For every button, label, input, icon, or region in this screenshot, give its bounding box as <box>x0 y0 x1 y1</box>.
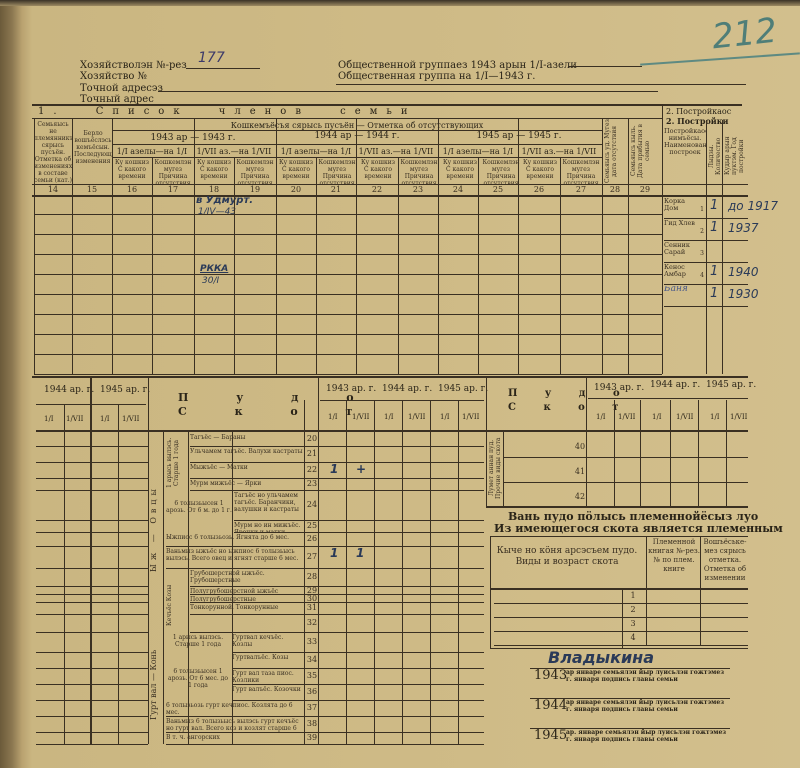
group-line <box>568 66 642 67</box>
rule <box>503 432 504 506</box>
livestock-row-label: Гуртвал кечъёс. Козлы <box>232 634 304 652</box>
table-row-line <box>36 462 148 463</box>
table-row-line <box>36 614 148 615</box>
group-label: Общественная группа на 1/I—1943 г. <box>338 71 535 82</box>
building-index: 2 <box>698 228 706 235</box>
rule <box>276 130 277 158</box>
building-name: Гид Хлев <box>664 220 700 238</box>
buildings-name-header: Постройкаослэн нимъёсы. Наименование пос… <box>664 128 706 184</box>
left-jan: 1/I <box>100 414 110 425</box>
col25-header: Кошкемлэн мугез Причина отсутствия <box>481 159 521 185</box>
table-row-line <box>34 214 662 215</box>
livestock-row-number: 23 <box>306 479 318 488</box>
rule <box>622 588 623 648</box>
table-row-line <box>36 586 148 587</box>
section1-title: 1. Список членов семьи <box>38 106 417 117</box>
livestock-row-number: 21 <box>306 449 318 458</box>
column-number: 22 <box>356 185 398 194</box>
table-row-line <box>36 744 148 745</box>
livestock-row-label: Грубошерстной ыжъёс. Грубошерстные <box>190 570 304 586</box>
y1944-jan: 1/I азелы—на 1/I <box>276 146 356 157</box>
rule <box>518 144 519 158</box>
signature-caption: г. января подпись главы семьи <box>566 736 678 743</box>
livestock-row-label <box>190 616 304 632</box>
signature-caption-komi: ар январе семьялэн йыр луисьлэн гожтэмез <box>566 699 724 706</box>
col16-header: Ку кошкиз С какого времени <box>113 159 151 185</box>
category-sheep: Ыж — Овцы <box>150 434 162 624</box>
col14-header: Семьяысь не племянникъёс сярысь пусъён. … <box>34 121 72 183</box>
table-row-line <box>36 478 148 479</box>
rule <box>640 400 641 506</box>
rule <box>304 400 305 744</box>
table-row-line <box>190 594 484 595</box>
rule <box>152 157 153 374</box>
rule <box>722 120 723 374</box>
table-row-line <box>34 294 662 295</box>
other-livestock-label: Лумет аннан пуд. Прочие виды скота <box>488 432 502 504</box>
table-row-line <box>36 490 148 491</box>
table-row-line <box>232 668 484 669</box>
table-row-line <box>36 716 148 717</box>
household-num-label: Хозяйство № <box>80 71 147 82</box>
building-count: 1 <box>710 286 718 301</box>
livestock-row-label: Ыжпиос 6 толызьозь. Ягнята до 6 мес. <box>166 534 304 546</box>
rule <box>478 157 479 374</box>
building-name: Кенос Амбар <box>664 264 700 282</box>
livestock-row-number: 28 <box>306 572 318 581</box>
year-1944-label: 1944 ар — 1944 г. <box>276 131 438 142</box>
livestock-row-label: Мурм мижъёс — Ярки <box>190 480 304 490</box>
livestock-row-label: Мурм но ин мижъёс. Ярочки и матки <box>234 522 304 532</box>
column-number: 21 <box>316 185 356 194</box>
archive-page-number: 212 <box>710 11 779 58</box>
table-row-line <box>36 668 148 669</box>
handwritten-entry-1: в Удмурт. <box>196 195 253 206</box>
signature-year: 1945 <box>534 730 567 741</box>
table-row-line <box>36 700 148 701</box>
rule <box>490 536 748 537</box>
building-name: Баня <box>664 286 700 304</box>
left-jan: 1/I <box>44 414 54 425</box>
building-year: 1937 <box>728 221 759 235</box>
building-name: Сенник Сарай <box>664 242 700 260</box>
livestock-row-number: 41 <box>574 467 586 476</box>
livestock-1943-jul-value: 1 <box>356 546 364 560</box>
building-index: 3 <box>698 250 706 257</box>
col15-header: Берло вошъёслэсь кемъёсын. Последующие и… <box>74 130 112 180</box>
rule <box>118 404 119 744</box>
table-row-line <box>34 234 662 235</box>
household-register-page: 212 Хозяйстволэн №-рез 177 Хозяйство № Т… <box>0 0 800 768</box>
livestock-row-number: 24 <box>306 500 318 509</box>
table-row-line <box>166 732 484 733</box>
table-row-line <box>234 520 484 521</box>
table-row-line <box>494 603 748 604</box>
left-1945-header: 1945 ар. г. <box>100 385 150 396</box>
building-year: 1930 <box>728 287 759 301</box>
rule <box>374 400 375 744</box>
rule <box>646 536 647 646</box>
col26-header: Ку кошкиз С какого времени <box>521 159 559 185</box>
rule <box>232 432 233 744</box>
year-1943-label: 1943 ар — 1943 г. <box>112 133 274 144</box>
col29-header: Семьяысь кыль. Дата прибытия в семью <box>630 118 658 184</box>
table-row-line <box>36 594 148 595</box>
handwritten-entry-2-date: 30/I <box>202 276 219 286</box>
group-goat: Кечъёс Козы <box>166 580 180 630</box>
livestock-row-number: 39 <box>306 733 318 742</box>
rule <box>316 157 317 374</box>
household-num-line <box>186 68 260 69</box>
livestock-row-number: 22 <box>306 465 318 474</box>
column-number: 16 <box>112 185 152 194</box>
household-num-label-komi: Хозяйстволэн №-рез <box>80 60 187 71</box>
rule <box>700 536 701 646</box>
y1945-jan: 1/I азелы—на 1/I <box>438 146 518 157</box>
address-label-komi: Точной адресэз <box>80 83 163 94</box>
livestock-row-number: 33 <box>306 637 318 646</box>
breeding-book-header: Племенной книгая №-рез. № по плем. книге <box>648 538 700 588</box>
livestock-row-number: 40 <box>574 442 586 451</box>
rule <box>356 144 357 158</box>
right-jul: 1/VII <box>618 412 635 423</box>
signature-caption-komi: ар январе семьялэн йыр луисьлэн гожтэмез <box>566 669 724 676</box>
column-number: 23 <box>398 185 438 194</box>
signature-caption: г. января подпись главы семьи <box>566 676 678 683</box>
livestock-title-bottom: С к о т <box>178 406 374 417</box>
right-jul: 1/VII <box>676 412 693 423</box>
breeding-title-komi: Вань пудо пöлысь племеннойёсыз луо <box>508 511 758 522</box>
signature-year: 1943 <box>534 670 567 681</box>
table-row-line <box>36 532 148 533</box>
table-row-line <box>34 374 662 375</box>
table-row-line <box>190 446 484 447</box>
rule <box>662 118 663 374</box>
rule <box>32 195 748 197</box>
livestock-row-label: Ваньмыз ыжъёс но ыжпиос 6 толызьысь вылэ… <box>166 548 304 568</box>
left-jul: 1/VII <box>122 414 139 425</box>
livestock-row-number: 35 <box>306 671 318 680</box>
col24-header: Ку кошкиз С какого времени <box>441 159 479 185</box>
table-row-line <box>166 716 484 717</box>
rule <box>36 430 748 432</box>
livestock-1943-jul-value: + <box>356 462 366 476</box>
column-number: 27 <box>560 185 602 194</box>
table-row-line <box>34 354 662 355</box>
mid-1944-header: 1944 ар. г. <box>382 384 432 395</box>
livestock-row-label: В т. ч. ангорских <box>166 734 304 744</box>
y1945-jul: 1/VII аз.—на 1/VII <box>518 146 600 157</box>
livestock-row-number: 34 <box>306 655 318 664</box>
mid-jan: 1/I <box>384 412 394 423</box>
building-name: Корка Дом <box>664 198 700 216</box>
right-1944-header: 1944 ар. г. <box>650 380 700 391</box>
breeding-row-number: 2 <box>626 605 640 614</box>
column-number: 29 <box>628 185 662 194</box>
table-row-line <box>36 546 148 547</box>
table-row-line <box>34 274 662 275</box>
left-1944-header: 1944 ар. г. <box>44 385 94 396</box>
table-row-line <box>190 632 484 633</box>
livestock-top-rule <box>32 376 748 378</box>
rule <box>188 432 189 744</box>
livestock-row-label: 6 толызьозь гурт кечпиос. Козлята до 6 м… <box>166 702 304 716</box>
livestock-1943-jan-value: 1 <box>330 462 338 476</box>
column-number: 20 <box>276 185 316 194</box>
rule <box>490 588 748 590</box>
rule <box>438 130 439 158</box>
rule <box>194 144 195 158</box>
livestock-row-number: 25 <box>306 521 318 530</box>
left-jul: 1/VII <box>66 414 83 425</box>
breeding-change-header: Вошъёське-мез сярысь отметка. Отметка об… <box>702 538 748 588</box>
col19-header: Кошкемлэн мугез Причина отсутствия <box>235 159 275 185</box>
signature-caption-komi: ар. январе семьялэн йыр луисьлэн гожтэме… <box>566 729 726 736</box>
livestock-row-number: 31 <box>306 603 318 612</box>
rule <box>486 378 487 506</box>
rule <box>318 378 319 744</box>
livestock-row-number: 36 <box>306 687 318 696</box>
rule <box>64 404 65 744</box>
col27-header: Кошкемлэн мугез Причина отсутствия <box>561 159 601 185</box>
table-row-line <box>34 314 662 315</box>
livestock-row-number: 38 <box>306 719 318 728</box>
table-row-line <box>166 546 484 547</box>
y1943-jul: 1/VII аз.—на 1/VII <box>194 146 274 157</box>
right-1945-header: 1945 ар. г. <box>706 380 756 391</box>
column-number: 17 <box>152 185 194 194</box>
col20-header: Ку кошкиз С какого времени <box>277 159 315 185</box>
rule <box>726 400 727 506</box>
handwritten-entry-2: РККА <box>200 264 228 274</box>
column-number: 18 <box>194 185 234 194</box>
category-horse: Гурт вал — Конь <box>150 630 162 740</box>
breeding-row-number: 3 <box>626 619 640 628</box>
column-number: 19 <box>234 185 276 194</box>
table-row-line <box>36 602 148 603</box>
mid-jan: 1/I <box>328 412 338 423</box>
livestock-row-label: Тагъёс — Бараны <box>190 434 304 446</box>
rule <box>560 157 561 374</box>
column-number: 26 <box>518 185 560 194</box>
col22-header: Ку кошкиз С какого времени <box>359 159 397 185</box>
livestock-row-label: Гурт валъёс. Козочки <box>232 686 304 700</box>
rule <box>34 118 35 374</box>
table-row-line <box>504 457 748 458</box>
table-row-line <box>232 684 484 685</box>
column-number: 24 <box>438 185 478 194</box>
rule <box>670 400 671 506</box>
table-row-line <box>232 652 484 653</box>
table-row-line <box>34 254 662 255</box>
livestock-row-number: 32 <box>306 618 318 627</box>
rule <box>588 398 748 399</box>
table-row-line <box>234 532 484 533</box>
table-row-line <box>34 334 662 335</box>
livestock-row-label: Гурт вал таза пиос. Козлики <box>232 670 304 684</box>
building-year: 1940 <box>728 265 759 279</box>
table-row-line <box>232 700 484 701</box>
rule <box>628 118 629 374</box>
livestock-row-label: Мыжъёс — Матки <box>190 464 304 478</box>
group-horse-young: 6 толызьысен 1 арозь. От 6 мес. до 1 год… <box>166 668 230 696</box>
building-year: до 1917 <box>728 199 778 213</box>
rule <box>148 378 149 744</box>
table-row-line <box>190 490 484 491</box>
livestock-row-number: 42 <box>574 492 586 501</box>
year-1945-label: 1945 ар — 1945 г. <box>438 131 600 142</box>
col18-header: Ку кошкиз С какого времени <box>195 159 233 185</box>
table-row-line <box>36 446 148 447</box>
col17-header: Кошкемлэн мугез Причина отсутствия <box>153 159 193 185</box>
livestock-row-label: Тонкорунной. Тонкорунные <box>190 604 304 614</box>
group-label-komi: Общественной группаез 1943 арын 1/I-азел… <box>338 60 577 71</box>
right-jan: 1/I <box>596 412 606 423</box>
building-count: 1 <box>710 198 718 213</box>
livestock-row-label: Гуртвалъёс. Козы <box>232 654 304 668</box>
livestock-row-number: 27 <box>306 552 318 561</box>
right-1943-header: 1943 ар. г. <box>594 383 644 394</box>
rule <box>36 404 146 405</box>
rule <box>602 118 603 374</box>
table-row-line <box>494 645 748 646</box>
rule <box>402 400 403 744</box>
rule <box>112 118 113 374</box>
table-row-line <box>190 602 484 603</box>
mid-1943-header: 1943 ар. г. <box>326 384 376 395</box>
y1943-jan: 1/I азелы—на 1/I <box>112 146 192 157</box>
rule <box>430 400 431 744</box>
table-row-line <box>166 568 484 569</box>
livestock-row-label: Ульчамем тагъёс. Валухи кастраты <box>190 448 304 462</box>
mid-jan: 1/I <box>440 412 450 423</box>
group-horse-adult: 1 арысь вылэсь. Старше 1 года <box>166 634 230 662</box>
breeding-kind-header: Кыче но кöня арсэсъем пудо. Виды и возра… <box>492 546 642 570</box>
rule <box>458 400 459 744</box>
rule <box>614 400 615 506</box>
household-num-value: 177 <box>198 50 225 66</box>
livestock-row-number: 20 <box>306 434 318 443</box>
right-livestock-title-bottom: С к о т <box>508 402 631 413</box>
col28-header: Семьяысь уд. Мугез дата отсутствия <box>604 118 624 184</box>
column-number: 28 <box>602 185 628 194</box>
handwritten-entry-1-date: 1/IV—43 <box>198 207 236 217</box>
rule <box>490 536 491 648</box>
signature-year: 1944 <box>534 700 567 711</box>
table-row-line <box>36 732 148 733</box>
rule <box>90 378 92 744</box>
building-index: 1 <box>698 206 706 213</box>
building-count: 1 <box>710 220 718 235</box>
livestock-row-label: Тагъёс но ульчамем тагъёс. Баранчики, ва… <box>234 492 304 520</box>
livestock-row-number: 26 <box>306 534 318 543</box>
breeding-row-number: 4 <box>626 633 640 642</box>
group-sheep-adult: 1 арысь вылэсь. Старше 1 года <box>166 434 188 492</box>
breeding-row-number: 1 <box>626 591 640 600</box>
column-number: 15 <box>72 185 112 194</box>
col21-header: Кошкемлэн мугез Причина отсутствия <box>317 159 357 185</box>
y1944-jul: 1/VII аз.—на 1/VII <box>356 146 436 157</box>
rule <box>163 432 164 744</box>
right-jan: 1/I <box>652 412 662 423</box>
rule <box>486 506 748 508</box>
breeding-title: Из имеющегося скота является племенным <box>494 523 783 534</box>
table-row-line <box>166 744 484 745</box>
right-jan: 1/I <box>710 412 720 423</box>
buildings-count-header: Лыдзы. Количество <box>708 128 722 184</box>
rule <box>398 157 399 374</box>
mid-1945-header: 1945 ар. г. <box>438 384 488 395</box>
table-row-line <box>190 586 484 587</box>
rule <box>346 400 347 744</box>
table-row-line <box>190 478 484 479</box>
right-jul: 1/VII <box>730 412 747 423</box>
rule <box>698 400 699 506</box>
table-row-line <box>36 568 148 569</box>
livestock-1943-jan-value: 1 <box>330 546 338 560</box>
rule <box>234 157 235 374</box>
signature-name: Владыкина <box>548 648 654 667</box>
table-row-line <box>36 652 148 653</box>
column-number: 14 <box>34 185 72 194</box>
table-row-line <box>494 631 748 632</box>
signature-caption: г. января подпись главы семьи <box>566 706 678 713</box>
mid-jul: 1/VII <box>352 412 369 423</box>
rule <box>72 118 73 374</box>
rule <box>706 120 707 374</box>
table-row-line <box>494 617 748 618</box>
table-row-line <box>36 684 148 685</box>
section2-title: 2. Постройки <box>666 116 728 127</box>
mid-jul: 1/VII <box>408 412 425 423</box>
rule <box>112 144 602 145</box>
col23-header: Кошкемлэн мугез Причина отсутствия <box>399 159 439 185</box>
rule <box>112 157 602 158</box>
rule <box>32 118 662 119</box>
column-number: 25 <box>478 185 518 194</box>
address-line <box>158 91 658 92</box>
livestock-row-number: 37 <box>306 703 318 712</box>
table-row-line <box>504 482 748 483</box>
buildings-year-header: Кудыр арын пуктэм. Год постройки <box>724 128 748 184</box>
table-row-line <box>190 614 484 615</box>
livestock-row-label: Ваньмыз 6 толызьысь вылэсь гурт кечъёс н… <box>166 718 304 732</box>
building-count: 1 <box>710 264 718 279</box>
rule <box>586 378 587 506</box>
rule <box>336 84 746 85</box>
table-row-line <box>36 632 148 633</box>
group-sheep-young: 6 толызьысен 1 арозь. От 6 м. до 1 г. <box>166 500 232 536</box>
table-row-line <box>36 520 148 521</box>
building-index: 4 <box>698 272 706 279</box>
mid-jul: 1/VII <box>462 412 479 423</box>
